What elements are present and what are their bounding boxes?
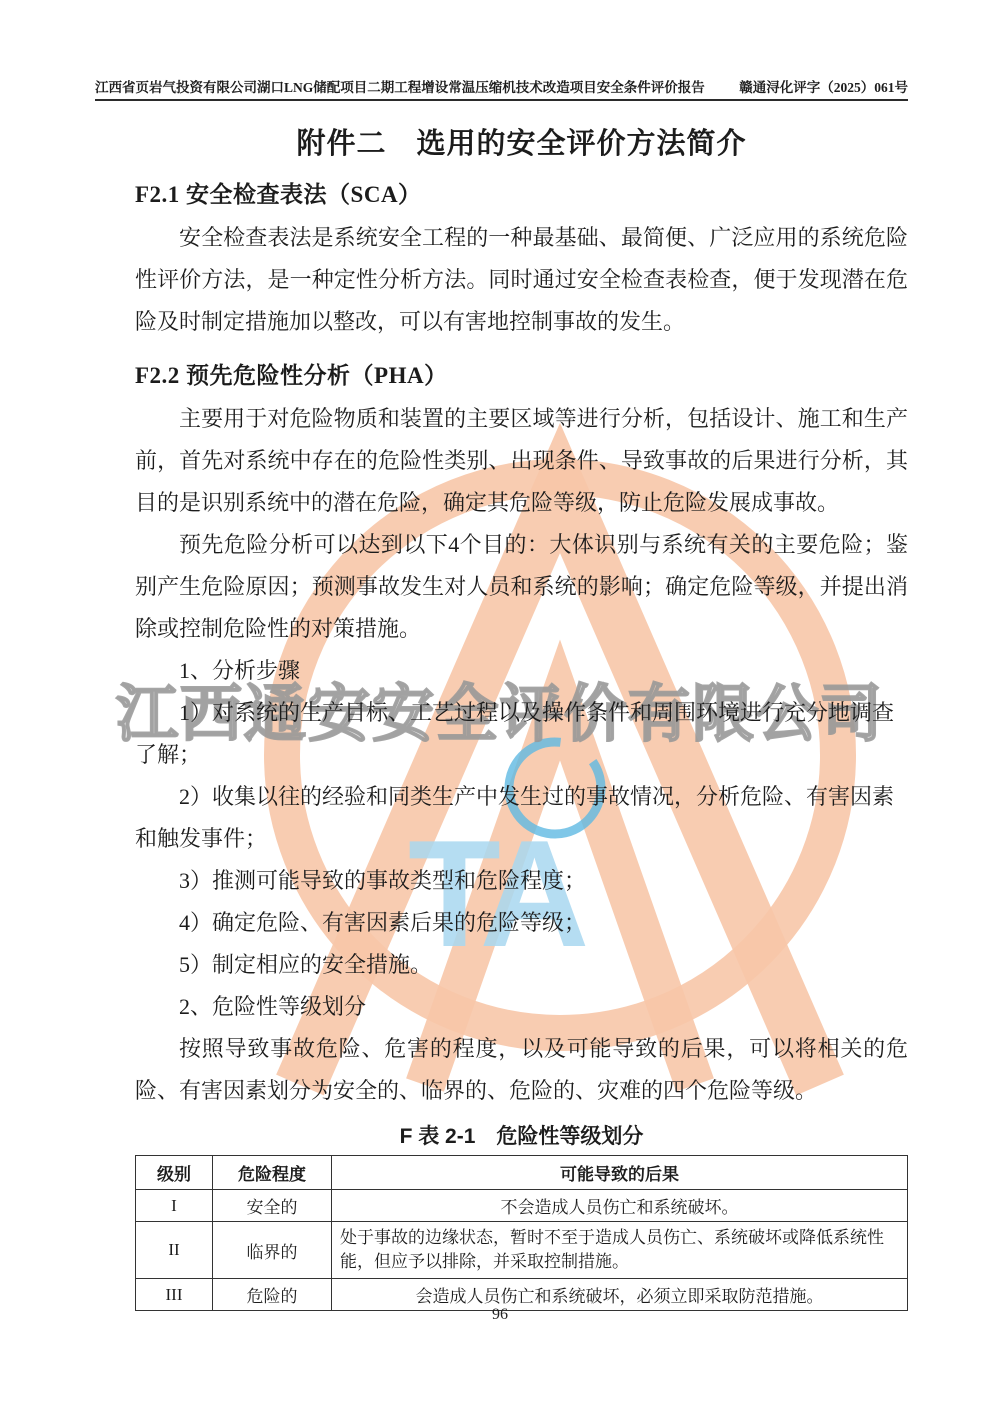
header-degree: 危险程度 <box>213 1156 332 1190</box>
cell-consequence-2: 处于事故的边缘状态，暂时不至于造成人员伤亡、系统破坏或降低系统性能，但应予以排除… <box>332 1222 908 1279</box>
table-header-row: 级别 危险程度 可能导致的后果 <box>136 1156 908 1190</box>
list-item-3: 3）推测可能导致的事故类型和危险程度； <box>135 860 908 902</box>
heading-f22: F2.2 预先危险性分析（PHA） <box>135 357 908 390</box>
cell-level-2: II <box>136 1222 213 1279</box>
cell-level-1: I <box>136 1190 213 1222</box>
document-page: TA 江西通安安全评价有限公司 江西省页岩气投资有限公司湖口LNG储配项目二期工… <box>0 0 1000 1414</box>
paragraph-f21: 安全检查表法是系统安全工程的一种最基础、最简便、广泛应用的系统危险性评价方法，是… <box>135 217 908 343</box>
table-row: I 安全的 不会造成人员伤亡和系统破坏。 <box>136 1190 908 1222</box>
paragraph-f22-1: 主要用于对危险物质和装置的主要区域等进行分析，包括设计、施工和生产前，首先对系统… <box>135 398 908 524</box>
table-caption: F 表 2-1 危险性等级划分 <box>135 1120 908 1150</box>
header-level: 级别 <box>136 1156 213 1190</box>
list2-title: 2、危险性等级划分 <box>135 986 908 1028</box>
list1-title: 1、分析步骤 <box>135 650 908 692</box>
paragraph-f22-3: 按照导致事故危险、危害的程度，以及可能导致的后果，可以将相关的危险、有害因素划分… <box>135 1028 908 1112</box>
list-item-1: 1）对系统的生产目标、工艺过程以及操作条件和周围环境进行充分地调查了解； <box>135 692 908 776</box>
cell-degree-2: 临界的 <box>213 1222 332 1279</box>
table-row: II 临界的 处于事故的边缘状态，暂时不至于造成人员伤亡、系统破坏或降低系统性能… <box>136 1222 908 1279</box>
list-item-4: 4）确定危险、有害因素后果的危险等级； <box>135 902 908 944</box>
paragraph-f22-2: 预先危险分析可以达到以下4个目的：大体识别与系统有关的主要危险；鉴别产生危险原因… <box>135 524 908 650</box>
cell-consequence-1: 不会造成人员伤亡和系统破坏。 <box>332 1190 908 1222</box>
report-title: 江西省页岩气投资有限公司湖口LNG储配项目二期工程增设常温压缩机技术改造项目安全… <box>95 76 705 96</box>
list-item-2: 2）收集以往的经验和同类生产中发生过的事故情况，分析危险、有害因素和触发事件； <box>135 776 908 860</box>
document-number: 赣通浔化评字（2025）061号 <box>739 76 908 96</box>
list-item-5: 5）制定相应的安全措施。 <box>135 944 908 986</box>
header-consequence: 可能导致的后果 <box>332 1156 908 1190</box>
cell-degree-1: 安全的 <box>213 1190 332 1222</box>
hazard-grade-table: 级别 危险程度 可能导致的后果 I 安全的 不会造成人员伤亡和系统破坏。 II … <box>135 1155 908 1311</box>
page-title: 附件二 选用的安全评价方法简介 <box>135 121 908 162</box>
page-number: 96 <box>0 1306 1000 1324</box>
running-header: 江西省页岩气投资有限公司湖口LNG储配项目二期工程增设常温压缩机技术改造项目安全… <box>95 76 908 101</box>
page-content: 江西省页岩气投资有限公司湖口LNG储配项目二期工程增设常温压缩机技术改造项目安全… <box>0 0 1000 1311</box>
heading-f21: F2.1 安全检查表法（SCA） <box>135 176 908 209</box>
